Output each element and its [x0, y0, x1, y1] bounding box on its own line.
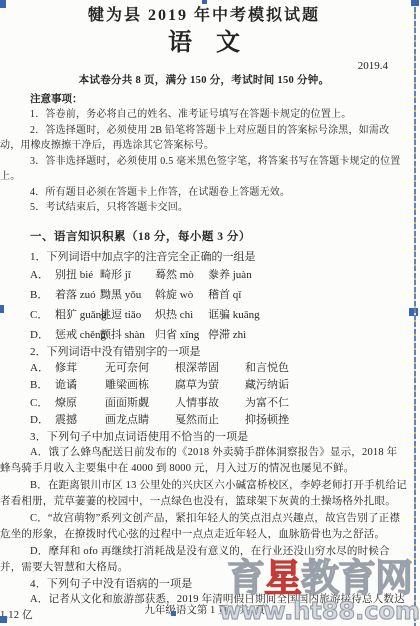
word-pinyin: 黝黑 yǒu — [100, 285, 155, 305]
word-pinyin: 豢养 juàn — [208, 265, 408, 285]
q2-option-b: B． 诡谲 雕梁画栋 腐草为萤 藏污纳诟 — [0, 377, 408, 395]
word-pinyin: 斡旋 wò — [155, 285, 208, 305]
subject-title: 语 文 — [0, 29, 408, 58]
option-label: C． — [30, 305, 55, 325]
q3-block: 3．下列句子中加点词语使用不恰当的一项是 A．饿了么蜂鸟配送日前发布的《2018… — [0, 430, 408, 577]
scan-mark-top-right — [411, 0, 419, 6]
word-pinyin: 稽首 qǐ — [208, 285, 408, 305]
word: 无可奈何 — [105, 360, 175, 378]
word-pinyin: 停滞 zhì — [208, 325, 408, 345]
q2-option-a: A． 修茸 无可奈何 根深蒂固 和言悦色 — [0, 360, 408, 378]
q3-option-a: A．饿了么蜂鸟配送日前发布的《2018 外卖骑手群体洞察报告》显示，2018 年… — [0, 445, 408, 478]
word-pinyin: 畸形 jī — [100, 265, 155, 285]
scan-edge-dashed-line — [414, 7, 416, 626]
q2-stem: 2．下列词语中没有错别字的一项是 — [30, 345, 408, 360]
word: 为富不仁 — [245, 395, 408, 413]
page-content: 犍为县 2019 年中考模拟试题 语 文 2019.4 本试卷分共 8 页，满分… — [0, 0, 420, 625]
option-label: D． — [30, 325, 55, 345]
notice-section: 注意事项： 1．答卷前，务必将自己的姓名、准考证号填写在答题卡规定的位置上。 2… — [0, 92, 408, 216]
word-pinyin: 惩戒 chěng — [55, 325, 100, 345]
option-label: D． — [30, 412, 55, 430]
q1-option-b: B． 着落 zuó 黝黑 yǒu 斡旋 wò 稽首 qǐ — [0, 285, 408, 305]
word: 藏污纳诟 — [245, 377, 408, 395]
word: 震撼 — [55, 412, 105, 430]
word: 和言悦色 — [245, 360, 408, 378]
word-pinyin: 蓦然 mò — [155, 265, 208, 285]
q1-stem: 1．下列词语中加点字的注音完全正确的一组是 — [30, 250, 408, 265]
word-pinyin: 别扭 bié — [55, 265, 100, 285]
word: 面面斯觑 — [105, 395, 175, 413]
word: 雕梁画栋 — [105, 377, 175, 395]
word-pinyin: 归省 xǐng — [155, 325, 208, 345]
section-heading: 一、语言知识积累（18 分，每小题 3 分） — [30, 229, 408, 245]
word: 画龙点睛 — [105, 412, 175, 430]
q1-option-c: C． 粗犷 guǎng 挑逗 tiǎo 炽热 chì 诓骗 kuāng — [0, 305, 408, 325]
word: 修茸 — [55, 360, 105, 378]
word: 抑扬顿挫 — [245, 412, 408, 430]
notice-item: 2．答选择题时，必须使用 2B 铅笔将答题卡上对应题目的答案标号涂黑，如需改动，… — [0, 123, 408, 154]
q3-option-c: C．“故宫萌物”系列文创产品，紧扣年轻人的笑点泪点兴趣点，故宫告别了正襟危坐的形… — [0, 511, 408, 544]
q1-option-a: A． 别扭 bié 畸形 jī 蓦然 mò 豢养 juàn — [0, 265, 408, 285]
q1-option-d: D． 惩戒 chěng 颤抖 shàn 归省 xǐng 停滞 zhì — [0, 325, 408, 345]
exam-paper-scan: 犍为县 2019 年中考模拟试题 语 文 2019.4 本试卷分共 8 页，满分… — [0, 0, 420, 626]
word-pinyin: 诓骗 kuāng — [208, 305, 408, 325]
q2-option-c: C． 燎原 面面斯觑 人情事故 为富不仁 — [0, 395, 408, 413]
scan-mark-mid-left — [0, 305, 4, 313]
word: 根深蒂固 — [175, 360, 245, 378]
option-label: B． — [30, 285, 55, 305]
notice-item: 5．考试结束后，只将答题卡交回。 — [0, 200, 408, 216]
word: 戛然而止 — [175, 412, 245, 430]
q4-stem: 4．下列句子中没有语病的一项是 — [0, 577, 408, 592]
notice-item: 4．所有题目必须在答题卡上作答，在试题卷上答题无效。 — [0, 185, 408, 201]
q2-option-d: D． 震撼 画龙点睛 戛然而止 抑扬顿挫 — [0, 412, 408, 430]
q3-option-b: B．在距离银川市区 13 公里处的兴庆区六小碱富桥校区，李婷老师打开手机给记者看… — [0, 478, 408, 511]
word-pinyin: 炽热 chì — [155, 305, 208, 325]
scan-mark-bottom-left — [0, 616, 7, 623]
word-pinyin: 挑逗 tiǎo — [100, 305, 155, 325]
notice-item: 1．答卷前，务必将自己的姓名、准考证号填写在答题卡规定的位置上。 — [0, 107, 408, 123]
notice-title: 注意事项： — [30, 92, 408, 107]
exam-info-line: 本试卷分共 8 页，满分 150 分，考试时间 150 分钟。 — [0, 74, 408, 88]
word: 诡谲 — [55, 377, 105, 395]
q3-stem: 3．下列句子中加点词语使用不恰当的一项是 — [0, 430, 408, 445]
page-footer: 九年级语文第 1 页（共8页） — [0, 604, 420, 618]
word: 腐草为萤 — [175, 377, 245, 395]
word: 燎原 — [55, 395, 105, 413]
word: 人情事故 — [175, 395, 245, 413]
option-label: A． — [30, 360, 55, 378]
option-label: A． — [30, 265, 55, 285]
scan-mark-title — [202, 0, 207, 4]
option-label: C． — [30, 395, 55, 413]
word-pinyin: 颤抖 shàn — [100, 325, 155, 345]
word-pinyin: 粗犷 guǎng — [55, 305, 100, 325]
scan-mark-footer — [171, 611, 176, 616]
notice-item: 3．答非选择题时，必须使用 0.5 毫米黑色签字笔，将答案书写在答题卡规定的位置… — [0, 154, 408, 185]
q3-option-d: D．摩拜和 ofo 再继续打消耗战是没有意义的，在行业还没山穷水尽的时候合并，需… — [0, 544, 408, 577]
exam-date: 2019.4 — [0, 60, 408, 72]
word-pinyin: 着落 zuó — [55, 285, 100, 305]
scan-mark-top-left — [0, 0, 6, 8]
option-label: B． — [30, 377, 55, 395]
